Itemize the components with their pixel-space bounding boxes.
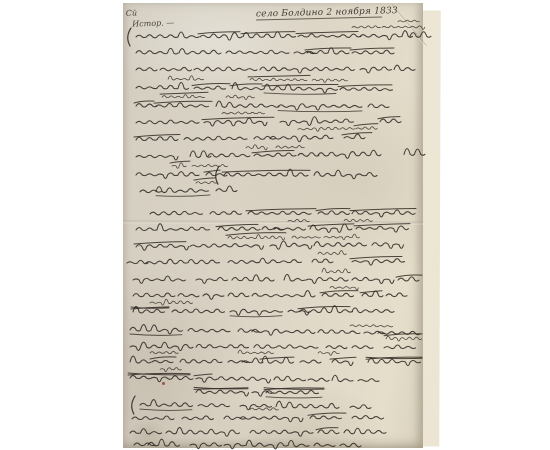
manuscript-photo: Сй Истор. — село Болдино 2 ноября 1833 <box>0 0 550 450</box>
handwriting-layer <box>0 0 550 450</box>
